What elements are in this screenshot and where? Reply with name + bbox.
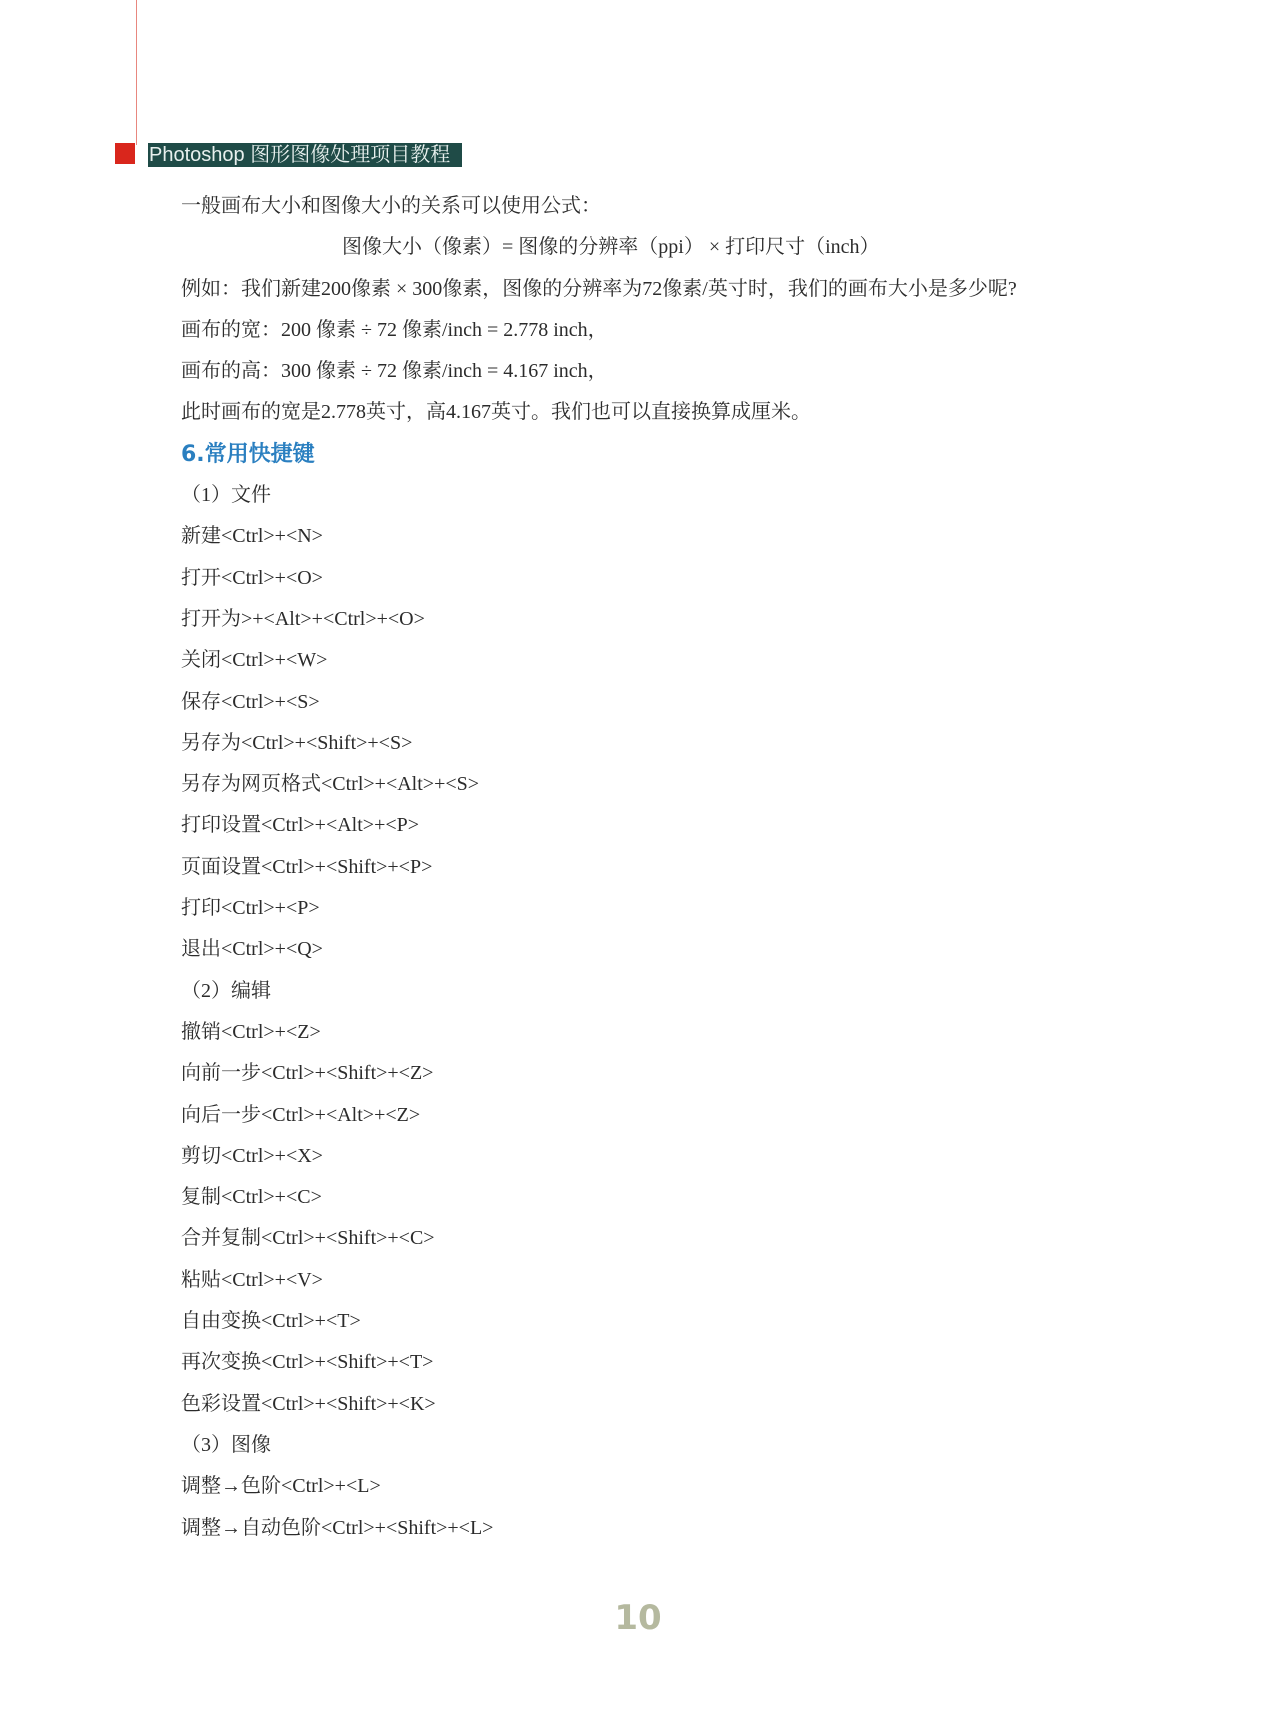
shortcut-item: 向后一步<Ctrl>+<Alt>+<Z>	[181, 1095, 1181, 1136]
shortcut-item: 向前一步<Ctrl>+<Shift>+<Z>	[181, 1053, 1181, 1094]
page-number: 10	[612, 1598, 664, 1638]
book-title: Photoshop 图形图像处理项目教程	[148, 143, 462, 167]
shortcut-item: 调整→色阶<Ctrl>+<L>	[181, 1466, 1181, 1507]
shortcut-item: 剪切<Ctrl>+<X>	[181, 1136, 1181, 1177]
height-calculation: 画布的高：300 像素 ÷ 72 像素/inch = 4.167 inch，	[181, 351, 1181, 392]
shortcut-item: 撤销<Ctrl>+<Z>	[181, 1012, 1181, 1053]
shortcut-item: 打印<Ctrl>+<P>	[181, 888, 1181, 929]
shortcut-item: 关闭<Ctrl>+<W>	[181, 640, 1181, 681]
shortcut-item: 色彩设置<Ctrl>+<Shift>+<K>	[181, 1384, 1181, 1425]
shortcut-item: 退出<Ctrl>+<Q>	[181, 929, 1181, 970]
shortcut-item: 复制<Ctrl>+<C>	[181, 1177, 1181, 1218]
group-title-file: （1）文件	[181, 475, 1181, 516]
header-marker	[115, 143, 135, 164]
shortcut-item: 合并复制<Ctrl>+<Shift>+<C>	[181, 1218, 1181, 1259]
shortcut-item: 另存为<Ctrl>+<Shift>+<S>	[181, 723, 1181, 764]
margin-rule	[136, 0, 137, 145]
page-body: 一般画布大小和图像大小的关系可以使用公式： 图像大小（像素）= 图像的分辨率（p…	[181, 186, 1181, 1549]
shortcut-item: 页面设置<Ctrl>+<Shift>+<P>	[181, 847, 1181, 888]
shortcut-item: 调整→自动色阶<Ctrl>+<Shift>+<L>	[181, 1508, 1181, 1549]
shortcut-item: 打开为>+<Alt>+<Ctrl>+<O>	[181, 599, 1181, 640]
shortcut-item: 打印设置<Ctrl>+<Alt>+<P>	[181, 805, 1181, 846]
conclusion-text: 此时画布的宽是2.778英寸，高4.167英寸。我们也可以直接换算成厘米。	[181, 392, 1181, 433]
shortcut-item: 粘贴<Ctrl>+<V>	[181, 1260, 1181, 1301]
width-calculation: 画布的宽：200 像素 ÷ 72 像素/inch = 2.778 inch，	[181, 310, 1181, 351]
group-title-image: （3）图像	[181, 1425, 1181, 1466]
shortcut-item: 新建<Ctrl>+<N>	[181, 516, 1181, 557]
formula: 图像大小（像素）= 图像的分辨率（ppi） × 打印尺寸（inch）	[181, 227, 1181, 268]
example-text: 例如：我们新建200像素 × 300像素，图像的分辨率为72像素/英寸时，我们的…	[181, 269, 1181, 310]
shortcut-item: 打开<Ctrl>+<O>	[181, 558, 1181, 599]
shortcut-item: 自由变换<Ctrl>+<T>	[181, 1301, 1181, 1342]
group-title-edit: （2）编辑	[181, 971, 1181, 1012]
shortcut-item: 另存为网页格式<Ctrl>+<Alt>+<S>	[181, 764, 1181, 805]
intro-text: 一般画布大小和图像大小的关系可以使用公式：	[181, 186, 1181, 227]
shortcut-item: 再次变换<Ctrl>+<Shift>+<T>	[181, 1342, 1181, 1383]
shortcut-item: 保存<Ctrl>+<S>	[181, 682, 1181, 723]
section-heading: 6.常用快捷键	[181, 434, 1181, 475]
